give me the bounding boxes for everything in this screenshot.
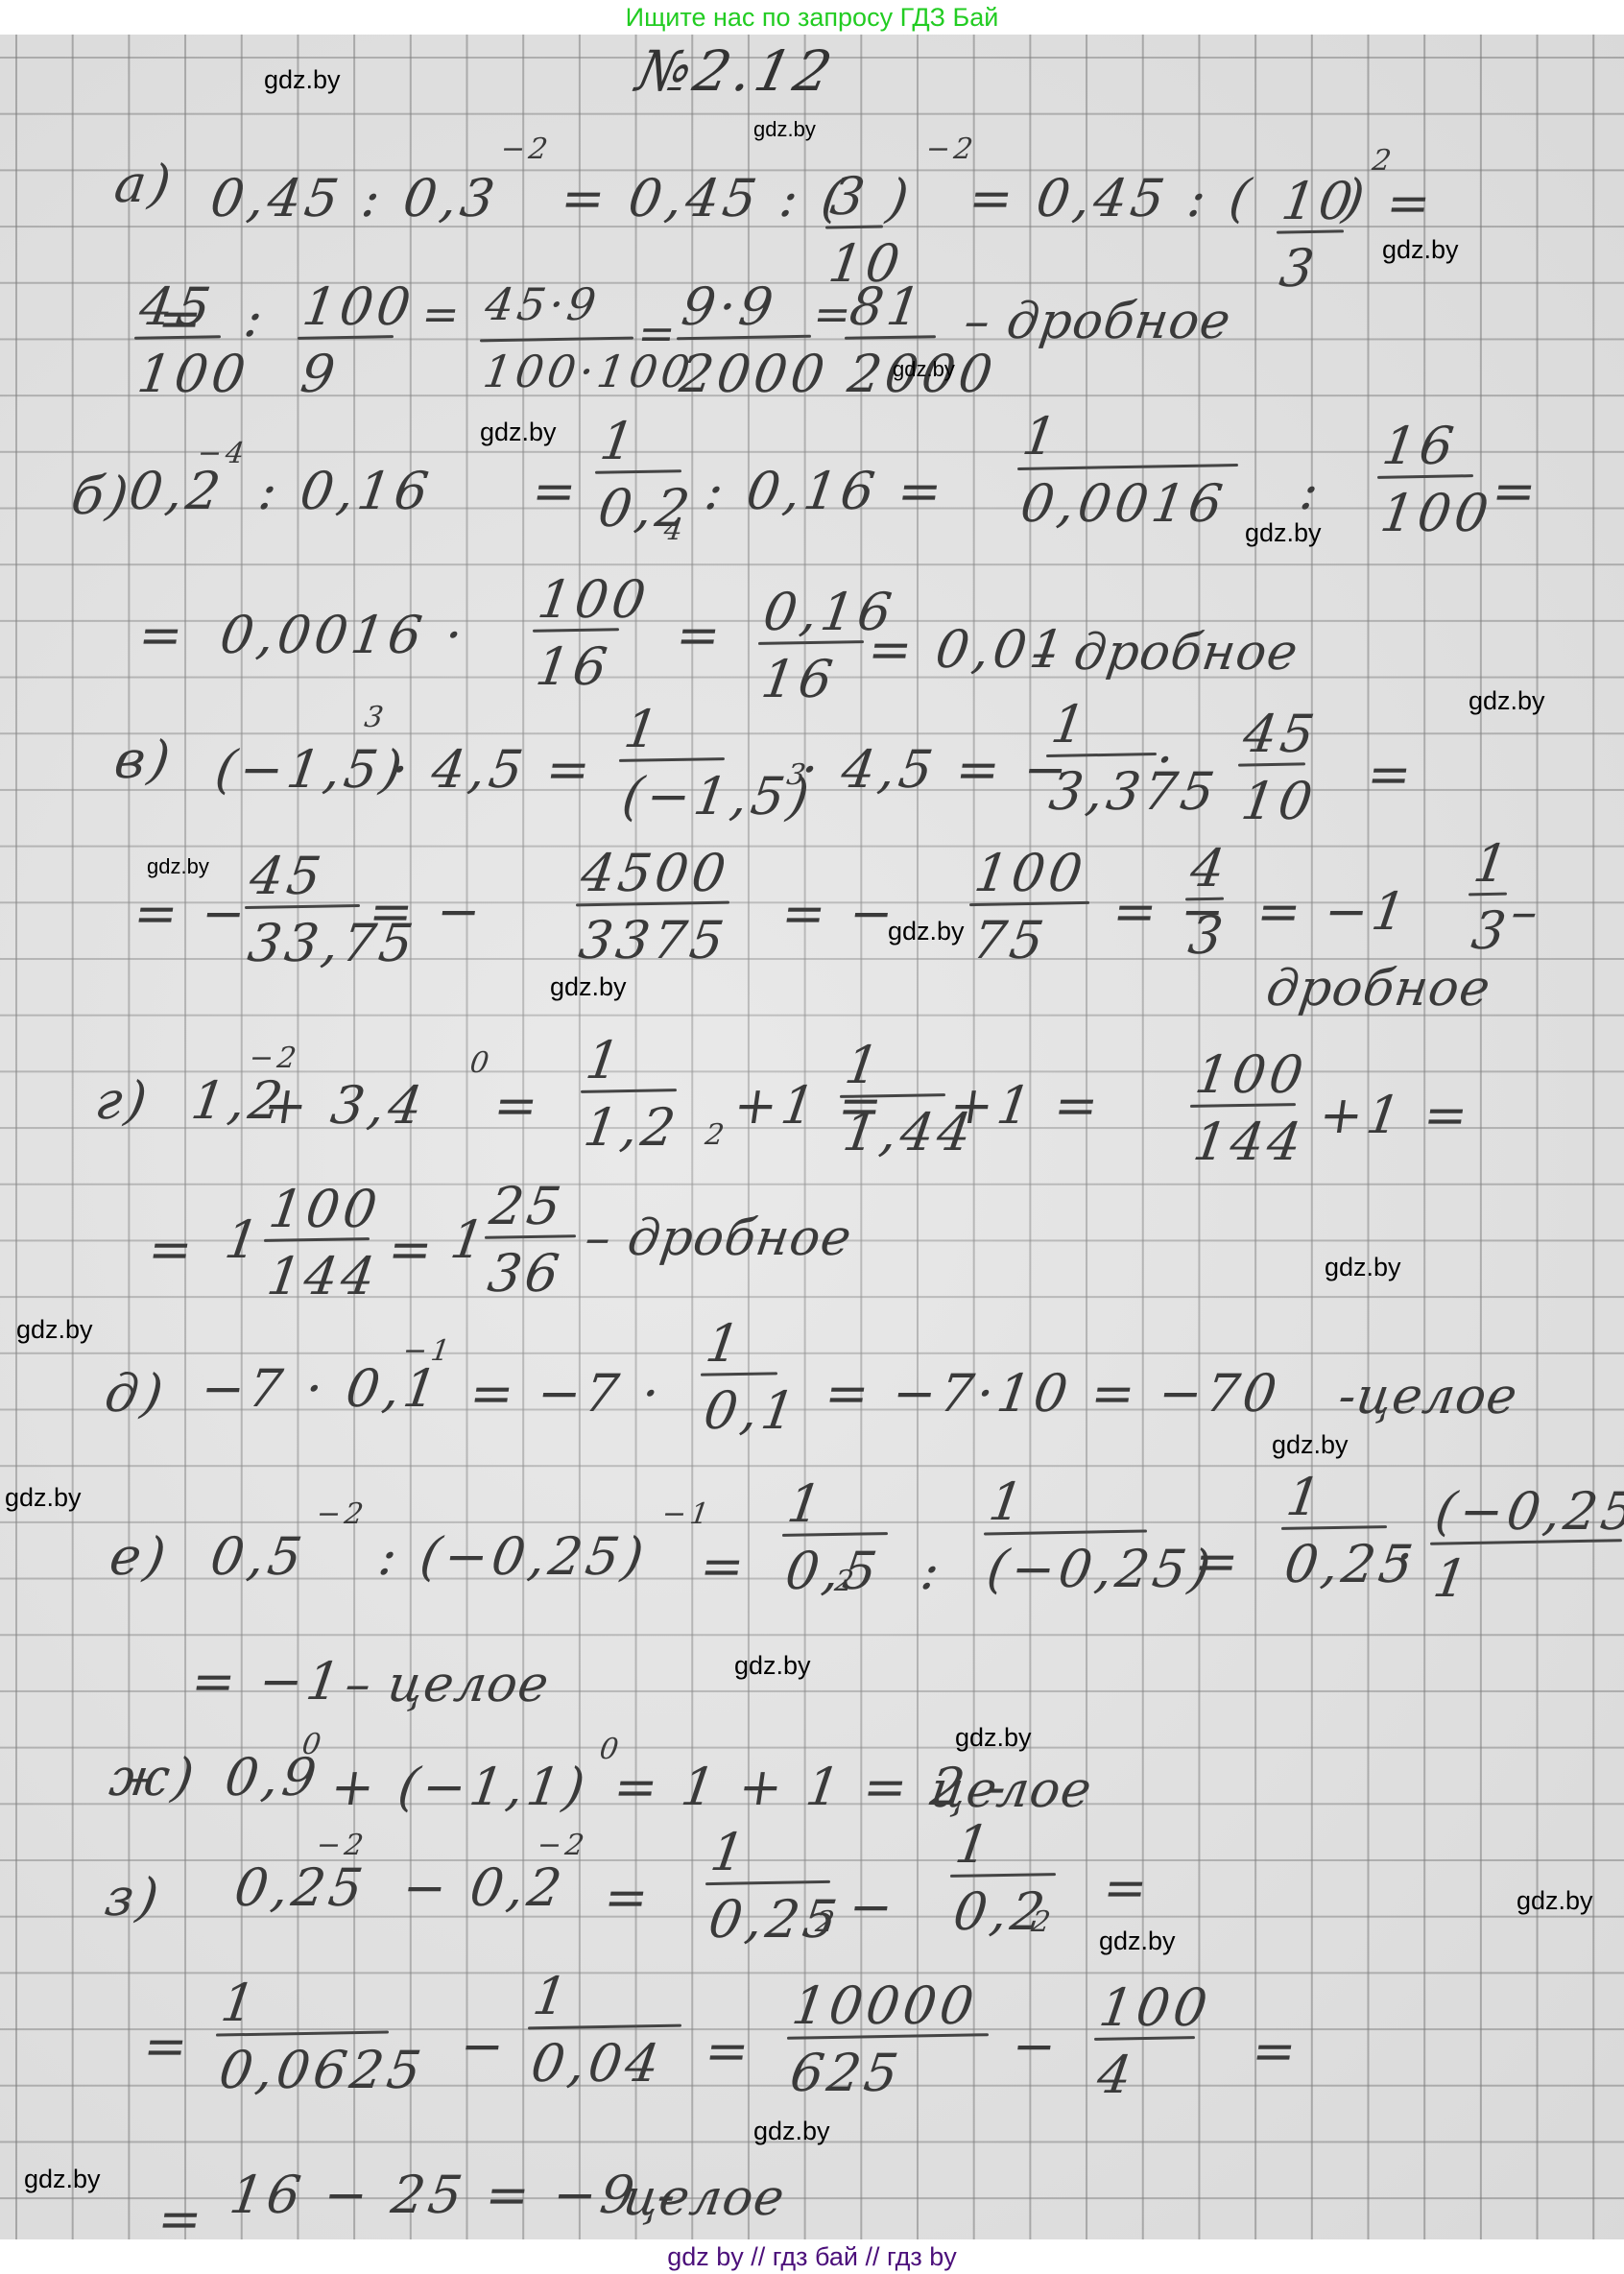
fraction-numerator: 45 [247,846,329,906]
handwritten-text: = [1249,2021,1304,2081]
exercise-number: №2.12 [632,38,841,104]
fraction-numerator: 45·9 [482,278,603,330]
result-type-integer: целое [620,2169,789,2227]
item-label-a: а) [111,154,179,214]
handwritten-text: +1 = [946,1075,1107,1136]
fraction-denominator: 3375 [576,910,731,970]
watermark-label: gdz.by [550,972,627,1002]
result-type-fractional: – дробное [582,1209,856,1267]
handwritten-text: : (−0,25) [375,1526,652,1587]
fraction-numerator: 45 [136,276,219,337]
handwritten-text: = 0,45 : ( [558,168,850,228]
handwritten-text: 3 [363,701,390,734]
handwritten-text: − 0,2 [399,1857,569,1918]
fraction-denominator: 625 [787,2043,906,2103]
watermark-label: gdz.by [5,1483,82,1513]
watermark-label: gdz.by [753,117,816,142]
handwritten-text: 2 [814,1905,841,1939]
item-label-zh: ж) [107,1747,202,1807]
handwritten-text: −2 [315,1497,370,1531]
watermark-label: gdz.by [264,65,341,95]
watermark-label: gdz.by [1245,518,1322,548]
search-banner: Ищите нас по запросу ГДЗ Бай [0,0,1624,35]
watermark-label: gdz.by [734,1651,811,1681]
item-label-g: г) [92,1070,155,1131]
handwritten-text: · 4,5 = − [798,739,1076,800]
fraction-denominator: 0,0016 [1017,473,1230,534]
handwritten-text: = [634,307,682,359]
handwritten-text: 0 [468,1046,495,1080]
handwritten-text: = [135,605,191,665]
footer-banner: gdz by // гдз бай // гдз by [0,2239,1624,2274]
handwritten-text: = [673,605,728,665]
handwritten-text: − [846,1877,901,1937]
fraction-numerator: 100 [266,1179,385,1239]
fraction-denominator: 1,2 [581,1097,683,1158]
result-type-fractional: дробное [1263,960,1494,1017]
handwritten-text: = 0,45 : ( [966,168,1258,228]
handwritten-text: = [1489,461,1544,521]
handwritten-text: 0,5 [207,1526,310,1587]
handwritten-text: = [490,1075,546,1136]
watermark-label: gdz.by [893,357,955,382]
handwritten-text: −2 [315,1829,370,1862]
handwritten-text: −1 [401,1334,456,1368]
handwritten-text: = −7·10 = −70 [822,1363,1284,1424]
handwritten-text: 0,0016 · [217,605,470,665]
fraction-denominator: 16 [533,636,615,697]
fraction-numerator: 100 [535,569,654,630]
fraction-denominator: 16 [758,649,841,709]
watermark-label: gdz.by [147,854,209,879]
handwritten-text: −2 [499,132,554,166]
item-label-z: з) [102,1867,166,1927]
handwritten-text: = [155,2189,210,2249]
item-label-e: е) [107,1526,174,1587]
handwritten-text: 4 [662,514,689,547]
handwritten-text: = [1100,1857,1156,1918]
handwritten-text: (−1,5) [212,739,410,800]
handwritten-text: = [697,1536,752,1596]
handwritten-text: −2 [248,1041,302,1075]
item-label-d: д) [102,1363,171,1424]
fraction-denominator: 75 [969,910,1052,970]
watermark-label: gdz.by [480,418,557,447]
watermark-label: gdz.by [955,1723,1032,1753]
handwritten-text: 0 [300,1728,327,1761]
watermark-label: gdz.by [1325,1253,1401,1282]
fraction-denominator: 2000 [677,344,832,404]
watermark-label: gdz.by [753,2117,830,2146]
fraction-denominator: 10 [1238,771,1321,831]
handwritten-text: −4 [196,437,251,470]
fraction-denominator: 0,0625 [216,2040,429,2100]
result-type-fractional: – дробное [1028,624,1302,682]
fraction-numerator: 100 [1096,1977,1215,2038]
fraction-numerator: 100 [299,276,418,337]
fraction-numerator: 9·9 [679,276,781,337]
handwritten-text: = − [366,881,490,942]
fraction-denominator: (−0,25) [984,1539,1218,1599]
handwritten-text: = [1364,744,1420,804]
watermark-label: gdz.by [24,2165,101,2194]
watermark-label: gdz.by [1517,1886,1593,1916]
fraction-numerator: 4500 [578,843,733,903]
fraction-numerator: (−0,25) [1432,1481,1624,1542]
handwritten-text: = [145,1219,201,1280]
fraction-numerator: 100 [1192,1044,1311,1105]
handwritten-text: 2 [704,1118,730,1152]
fraction-numerator: 81 [847,276,929,337]
handwritten-text: = [1383,173,1439,233]
handwritten-text: = −1 [1254,881,1414,942]
fraction-denominator: 144 [1190,1112,1309,1172]
handwritten-text: = [385,1219,441,1280]
fraction-denominator: 0,04 [528,2033,667,2094]
handwritten-text: = − [778,883,902,944]
fraction-denominator: 36 [485,1243,567,1304]
handwritten-text: = [702,2021,757,2081]
watermark-label: gdz.by [888,917,965,946]
watermark-label: gdz.by [1469,686,1545,716]
watermark-label: gdz.by [1272,1430,1349,1460]
fraction-denominator: 144 [264,1246,383,1306]
handwritten-text: −1 [660,1497,715,1531]
result-type-integer: – целое [342,1656,553,1713]
handwritten-text: = −1 [188,1651,348,1711]
handwritten-text: · 4,5 = [388,739,598,800]
handwritten-text: − [457,2016,513,2076]
watermark-label: gdz.by [1099,1927,1176,1956]
handwritten-text: −2 [924,132,979,166]
result-type-integer: целое [927,1761,1096,1819]
fraction-denominator: 100 [134,344,253,404]
handwritten-text: 16 − 25 = −9 - [227,2165,683,2225]
fraction-numerator: 16 [1379,416,1462,476]
watermark-label: gdz.by [1382,235,1459,265]
handwritten-text: : 0,16 = [702,461,950,521]
fraction-numerator: 25 [487,1176,569,1236]
fraction-numerator: 100 [971,843,1090,903]
handwritten-text: +1 = [1316,1085,1476,1145]
handwritten-text: −2 [536,1829,590,1862]
fraction-denominator: 3,375 [1046,761,1222,822]
handwritten-text: = [1191,1531,1247,1592]
handwritten-text: 2 [833,1565,860,1598]
handwritten-text: 2 [1030,1905,1057,1939]
handwritten-text: 0,45 : 0,3 [207,168,502,228]
fraction-denominator: 0,1 [701,1380,803,1441]
handwritten-text: − [1009,2016,1064,2076]
handwritten-text: = − [131,883,254,944]
fraction-denominator: 100 [1377,483,1496,543]
handwritten-text: = −7 · [466,1363,667,1424]
handwritten-text: 0,25 [231,1857,370,1918]
handwritten-text: : 0,16 [255,461,436,521]
result-type-fractional: – дробное [961,293,1235,350]
handwritten-text: = [529,461,585,521]
item-label-v: в) [111,730,178,790]
handwritten-text: = [140,2016,196,2076]
result-type-integer: -целое [1335,1368,1521,1425]
handwritten-text: + 3,4 [260,1075,430,1136]
handwritten-text: + (−1,1) [327,1757,593,1817]
handwritten-text: = [601,1867,657,1927]
watermark-label: gdz.by [16,1315,93,1345]
fraction-numerator: 45 [1240,704,1323,764]
fraction-numerator: 10000 [789,1975,982,2036]
handwritten-text: = [418,288,466,340]
